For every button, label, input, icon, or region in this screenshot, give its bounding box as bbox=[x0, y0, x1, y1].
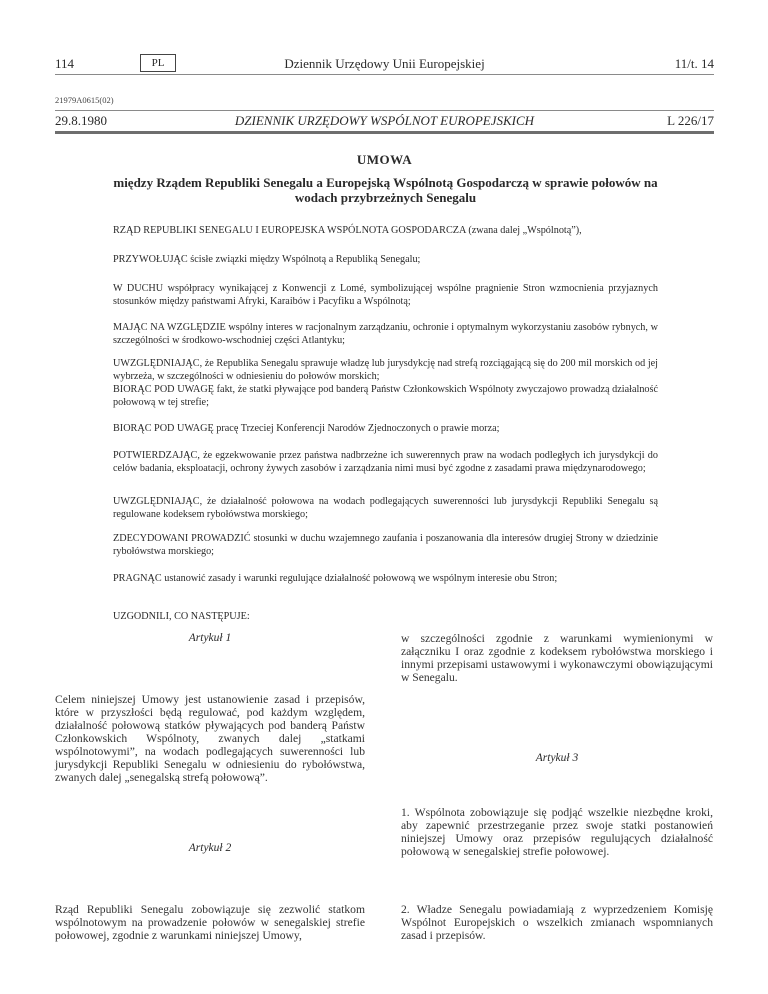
preamble-text: ustanowić zasady i warunki regulujące dz… bbox=[162, 573, 558, 584]
original-journal-date: 29.8.1980 bbox=[55, 113, 107, 129]
preamble-lead: POTWIERDZAJĄC bbox=[113, 450, 197, 461]
preamble-lead: PRAGNĄC bbox=[113, 573, 162, 584]
preamble-item: ZDECYDOWANI PROWADZIĆ stosunki w duchu w… bbox=[113, 533, 658, 558]
preamble-item: RZĄD REPUBLIKI SENEGALU I EUROPEJSKA WSP… bbox=[113, 225, 658, 238]
page-number: 114 bbox=[55, 56, 74, 72]
preamble-lead: UWZGLĘDNIAJĄC bbox=[113, 358, 200, 369]
preamble-item: PRZYWOŁUJĄC ścisłe związki między Wspóln… bbox=[113, 254, 658, 267]
preamble-item: BIORĄC POD UWAGĘ pracę Trzeciej Konferen… bbox=[113, 423, 658, 436]
article-3-paragraph-2: 2. Władze Senegalu powiadamiają z wyprze… bbox=[401, 903, 713, 942]
language-badge: PL bbox=[140, 54, 176, 72]
journal-divider-top bbox=[55, 110, 714, 111]
preamble-lead: RZĄD REPUBLIKI SENEGALU I EUROPEJSKA WSP… bbox=[113, 225, 466, 236]
celex-number: 21979A0615(02) bbox=[55, 95, 114, 105]
original-journal-title: DZIENNIK URZĘDOWY WSPÓLNOT EUROPEJSKICH bbox=[55, 113, 714, 129]
document-title: UMOWA bbox=[55, 152, 714, 168]
preamble-item: POTWIERDZAJĄC, że egzekwowanie przez pań… bbox=[113, 450, 658, 475]
preamble-text: ścisłe związki między Wspólnotą a Republ… bbox=[188, 254, 421, 265]
subtitle-line-2: wodach przybrzeżnych Senegalu bbox=[113, 190, 658, 205]
journal-divider-bottom bbox=[55, 131, 714, 134]
preamble-lead: ZDECYDOWANI PROWADZIĆ bbox=[113, 533, 251, 544]
article-1-paragraph: Celem niniejszej Umowy jest ustanowienie… bbox=[55, 693, 365, 784]
preamble-lead: UWZGLĘDNIAJĄC bbox=[113, 496, 200, 507]
article-3-paragraph-1: 1. Wspólnota zobowiązuje się podjąć wsze… bbox=[401, 806, 713, 858]
article-2-paragraph-continued: w szczególności zgodnie z warunkami wymi… bbox=[401, 632, 713, 684]
preamble-item: BIORĄC POD UWAGĘ fakt, że statki pływają… bbox=[113, 384, 658, 409]
article-3-heading: Artykuł 3 bbox=[401, 752, 713, 764]
article-2-paragraph: Rząd Republiki Senegalu zobowiązuje się … bbox=[55, 903, 365, 942]
preamble-text: współpracy wynikającej z Konwencji z Lom… bbox=[113, 283, 658, 307]
preamble-lead: PRZYWOŁUJĄC bbox=[113, 254, 188, 265]
preamble-item: UWZGLĘDNIAJĄC, że Republika Senegalu spr… bbox=[113, 358, 658, 383]
preamble-item: W DUCHU współpracy wynikającej z Konwenc… bbox=[113, 283, 658, 308]
preamble-lead: MAJĄC NA WZGLĘDZIE bbox=[113, 322, 226, 333]
preamble-item: MAJĄC NA WZGLĘDZIE wspólny interes w rac… bbox=[113, 322, 658, 347]
preamble-lead: W DUCHU bbox=[113, 283, 163, 294]
preamble-item: UWZGLĘDNIAJĄC, że działalność połowowa n… bbox=[113, 496, 658, 521]
preamble-item: PRAGNĄC ustanowić zasady i warunki regul… bbox=[113, 573, 658, 586]
preamble-text: (zwana dalej „Wspólnotą”), bbox=[466, 225, 582, 236]
page-header: Dziennik Urzędowy Unii Europejskiej 114 … bbox=[55, 54, 714, 74]
preamble-lead: BIORĄC POD UWAGĘ bbox=[113, 423, 214, 434]
agreed-clause: UZGODNILI, CO NASTĘPUJE: bbox=[113, 611, 658, 624]
original-journal-header: DZIENNIK URZĘDOWY WSPÓLNOT EUROPEJSKICH … bbox=[55, 113, 714, 131]
header-divider bbox=[55, 74, 714, 75]
article-2-heading: Artykuł 2 bbox=[55, 842, 365, 854]
preamble-text: pracę Trzeciej Konferencji Narodów Zjedn… bbox=[214, 423, 500, 434]
article-1-heading: Artykuł 1 bbox=[55, 632, 365, 644]
edition-reference: 11/t. 14 bbox=[675, 56, 714, 72]
subtitle-line-1: między Rządem Republiki Senegalu a Europ… bbox=[113, 175, 658, 190]
original-journal-reference: L 226/17 bbox=[667, 113, 714, 129]
preamble-lead: BIORĄC POD UWAGĘ bbox=[113, 384, 214, 395]
document-subtitle: między Rządem Republiki Senegalu a Europ… bbox=[113, 175, 658, 205]
